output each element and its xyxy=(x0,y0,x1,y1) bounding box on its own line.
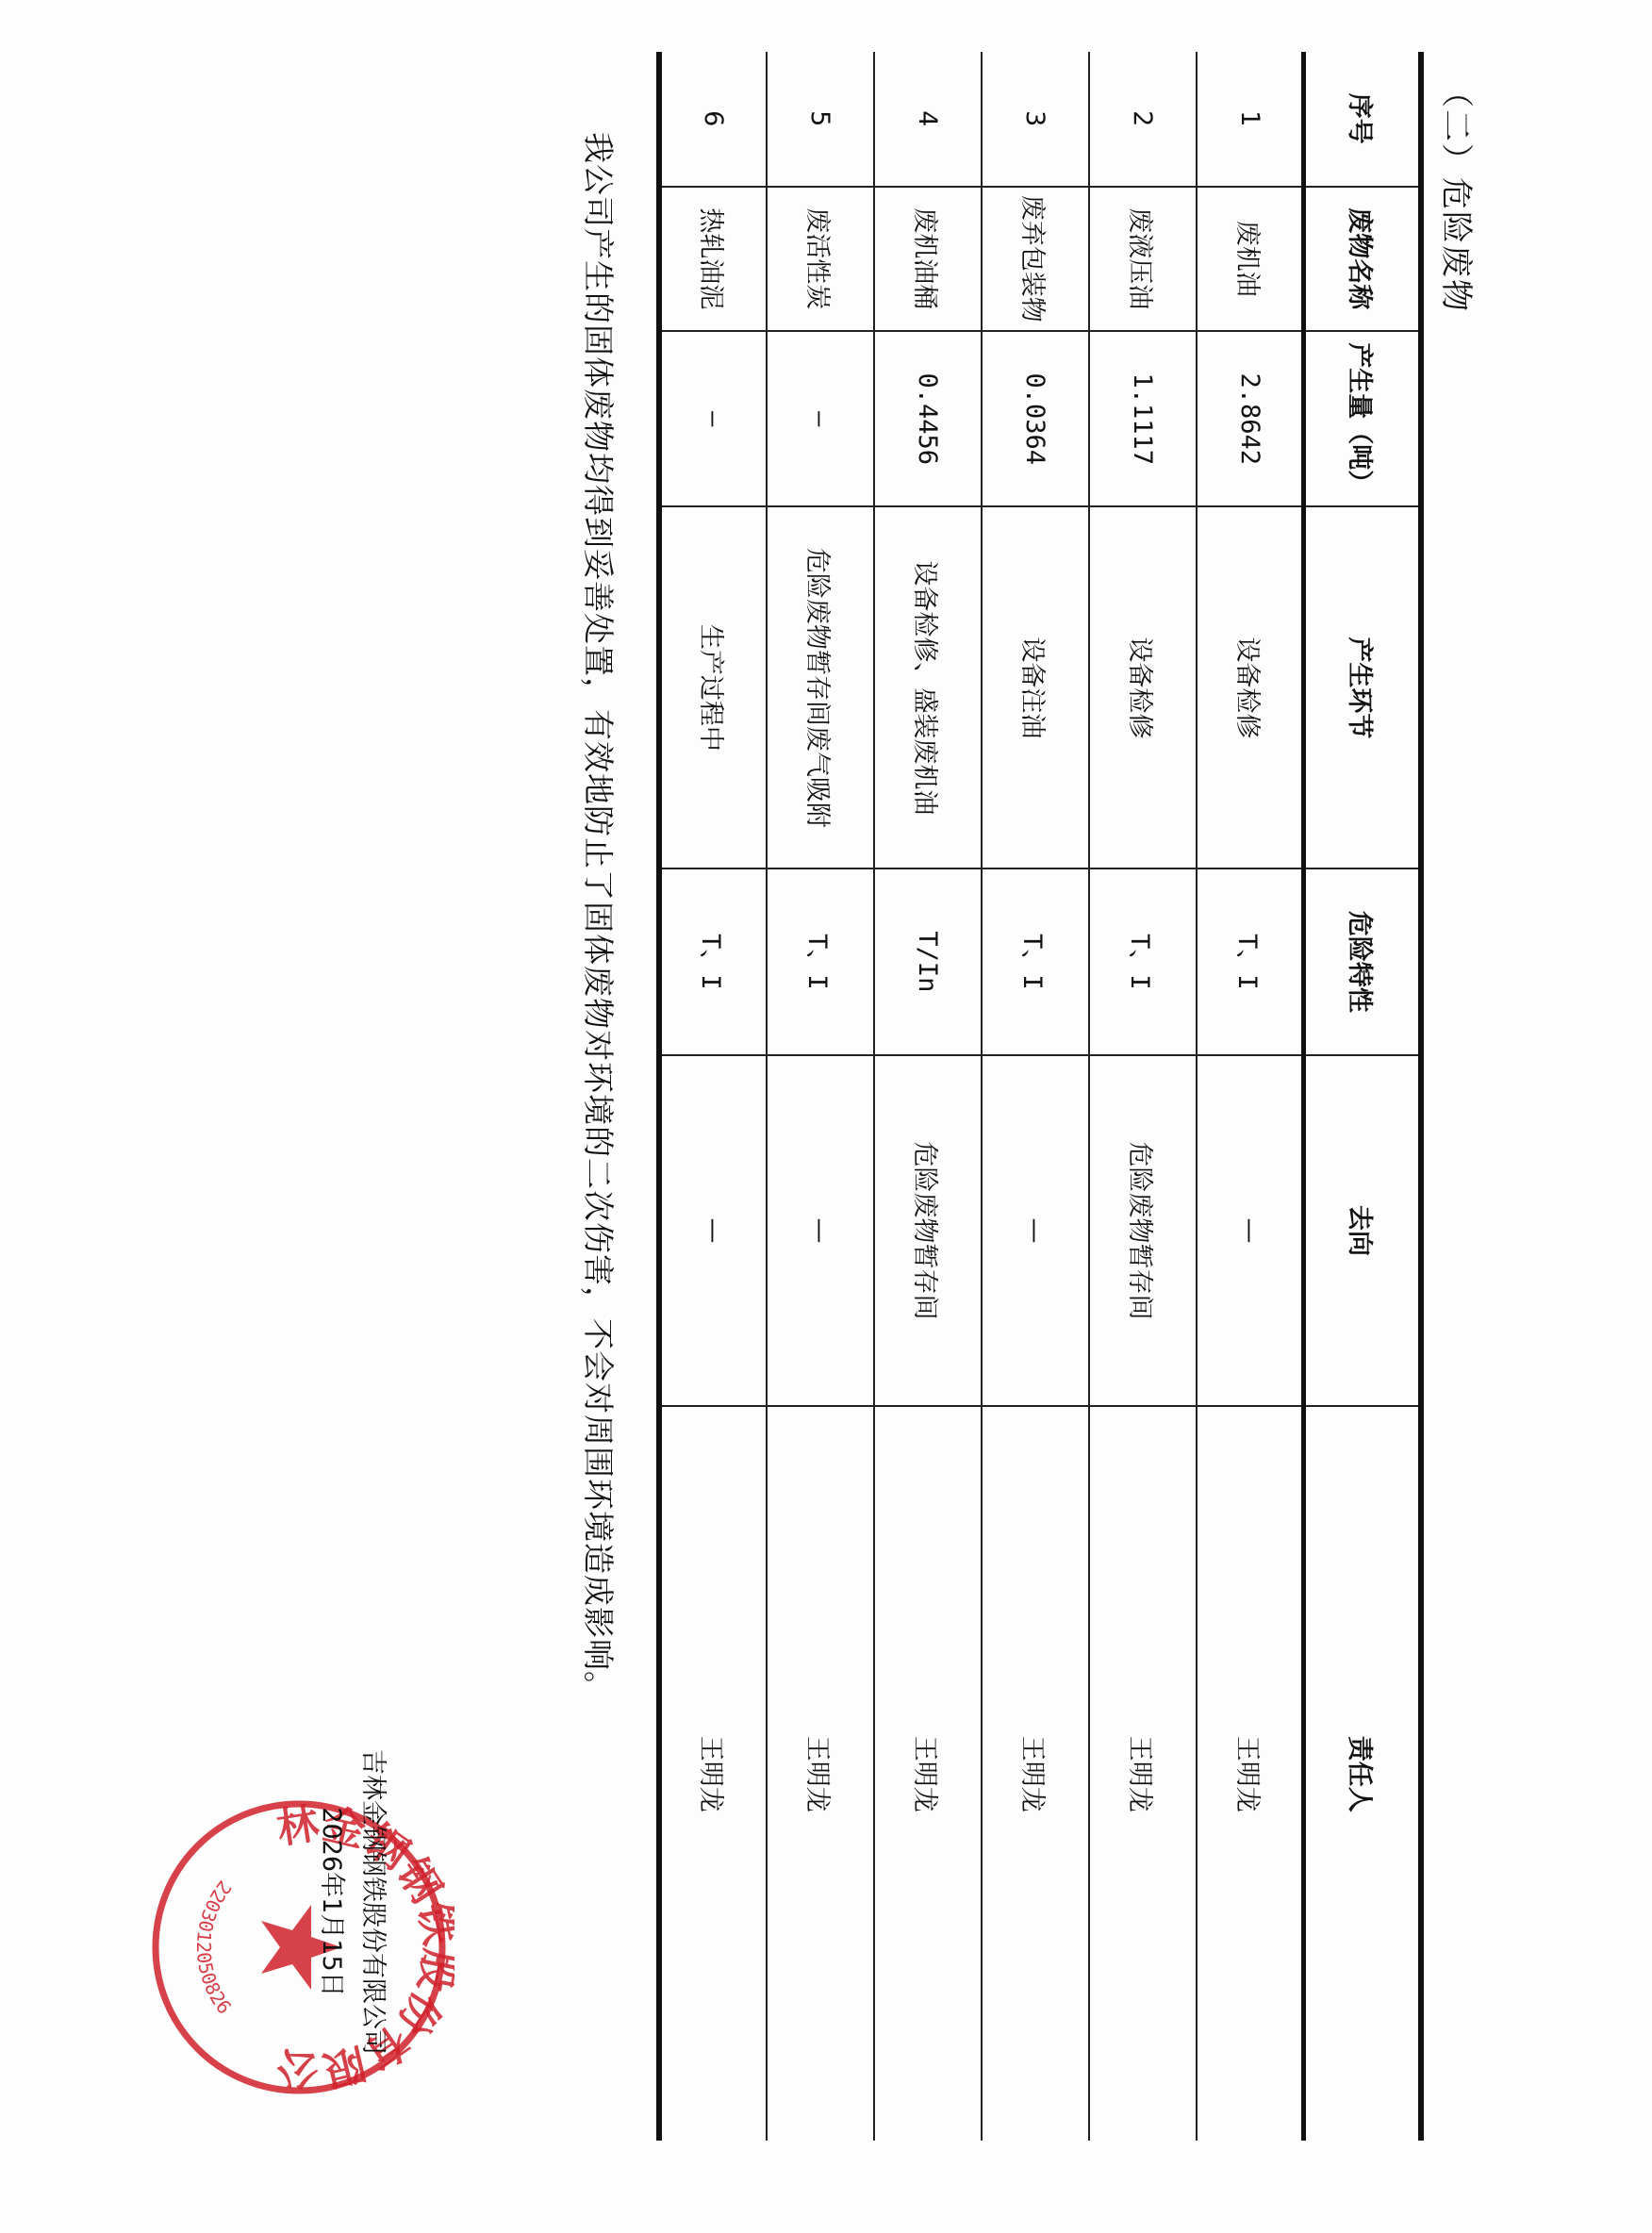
header-destination: 去向 xyxy=(1304,1055,1421,1407)
cell-responsible: 王明龙 xyxy=(1197,1406,1304,2141)
document-page: （二）危险废物 序号 废物名称 产生量（吨） 产生环节 危险特性 去向 责任人 … xyxy=(0,0,1652,2233)
cell-responsible: 王明龙 xyxy=(1089,1406,1197,2141)
table-header-row: 序号 废物名称 产生量（吨） 产生环节 危险特性 去向 责任人 xyxy=(1304,52,1421,2141)
header-serial-no: 序号 xyxy=(1304,52,1421,187)
cell-destination: — xyxy=(767,1055,874,1407)
hazardous-waste-table: 序号 废物名称 产生量（吨） 产生环节 危险特性 去向 责任人 1废机油2.86… xyxy=(656,52,1424,2141)
cell-quantity: — xyxy=(767,331,874,506)
cell-hazard: T、I xyxy=(982,868,1089,1054)
cell-destination: — xyxy=(982,1055,1089,1407)
svg-text:2203012050826: 2203012050826 xyxy=(192,1877,236,2018)
table-row: 1废机油2.8642设备检修T、I—王明龙 xyxy=(1197,52,1304,2141)
cell-responsible: 王明龙 xyxy=(982,1406,1089,2141)
cell-stage: 设备检修 xyxy=(1197,506,1304,868)
cell-serial-no: 2 xyxy=(1089,52,1197,187)
section-title: （二）危险废物 xyxy=(1436,75,1482,313)
cell-hazard: T、I xyxy=(1089,868,1197,1054)
cell-stage: 设备检修、盛装废机油 xyxy=(874,506,982,868)
cell-hazard: T、I xyxy=(767,868,874,1054)
cell-quantity: 0.0364 xyxy=(982,331,1089,506)
cell-waste-name: 废机油 xyxy=(1197,187,1304,332)
company-seal-icon: 吉林金钢钢铁股份有限公司 2203012050826 xyxy=(143,1792,454,2103)
cell-destination: — xyxy=(1197,1055,1304,1407)
header-quantity: 产生量（吨） xyxy=(1304,331,1421,506)
footnote: 我公司产生的固体废物均得到妥善处置，有效地防止了固体废物对环境的二次伤害，不会对… xyxy=(578,132,622,1703)
cell-quantity: 2.8642 xyxy=(1197,331,1304,506)
header-stage: 产生环节 xyxy=(1304,506,1421,868)
cell-quantity: 0.4456 xyxy=(874,331,982,506)
cell-quantity: 1.1117 xyxy=(1089,331,1197,506)
cell-hazard: T、I xyxy=(659,868,767,1054)
cell-stage: 设备注油 xyxy=(982,506,1089,868)
cell-waste-name: 热轧油泥 xyxy=(659,187,767,332)
cell-serial-no: 4 xyxy=(874,52,982,187)
cell-destination: 危险废物暂存间 xyxy=(874,1055,982,1407)
signature-block: 吉林金钢钢铁股份有限公司 2026年1月15日 xyxy=(310,1749,393,2055)
cell-waste-name: 废液压油 xyxy=(1089,187,1197,332)
cell-waste-name: 废弃包装物 xyxy=(982,187,1089,332)
cell-waste-name: 废机油桶 xyxy=(874,187,982,332)
cell-stage: 危险废物暂存间废气吸附 xyxy=(767,506,874,868)
signature-date: 2026年1月15日 xyxy=(310,1749,352,2055)
cell-destination: — xyxy=(659,1055,767,1407)
cell-hazard: T/In xyxy=(874,868,982,1054)
cell-destination: 危险废物暂存间 xyxy=(1089,1055,1197,1407)
cell-serial-no: 5 xyxy=(767,52,874,187)
table-row: 3废弃包装物0.0364设备注油T、I—王明龙 xyxy=(982,52,1089,2141)
signature-company: 吉林金钢钢铁股份有限公司 xyxy=(352,1749,393,2055)
cell-responsible: 王明龙 xyxy=(874,1406,982,2141)
table-row: 4废机油桶0.4456设备检修、盛装废机油T/In危险废物暂存间王明龙 xyxy=(874,52,982,2141)
cell-quantity: — xyxy=(659,331,767,506)
cell-stage: 设备检修 xyxy=(1089,506,1197,868)
table-row: 2废液压油1.1117设备检修T、I危险废物暂存间王明龙 xyxy=(1089,52,1197,2141)
cell-serial-no: 6 xyxy=(659,52,767,187)
cell-waste-name: 废活性炭 xyxy=(767,187,874,332)
cell-hazard: T、I xyxy=(1197,868,1304,1054)
header-responsible: 责任人 xyxy=(1304,1406,1421,2141)
cell-stage: 生产过程中 xyxy=(659,506,767,868)
header-waste-name: 废物名称 xyxy=(1304,187,1421,332)
cell-responsible: 王明龙 xyxy=(659,1406,767,2141)
table-row: 5废活性炭—危险废物暂存间废气吸附T、I—王明龙 xyxy=(767,52,874,2141)
cell-serial-no: 1 xyxy=(1197,52,1304,187)
table-row: 6热轧油泥—生产过程中T、I—王明龙 xyxy=(659,52,767,2141)
cell-responsible: 王明龙 xyxy=(767,1406,874,2141)
cell-serial-no: 3 xyxy=(982,52,1089,187)
header-hazard: 危险特性 xyxy=(1304,868,1421,1054)
